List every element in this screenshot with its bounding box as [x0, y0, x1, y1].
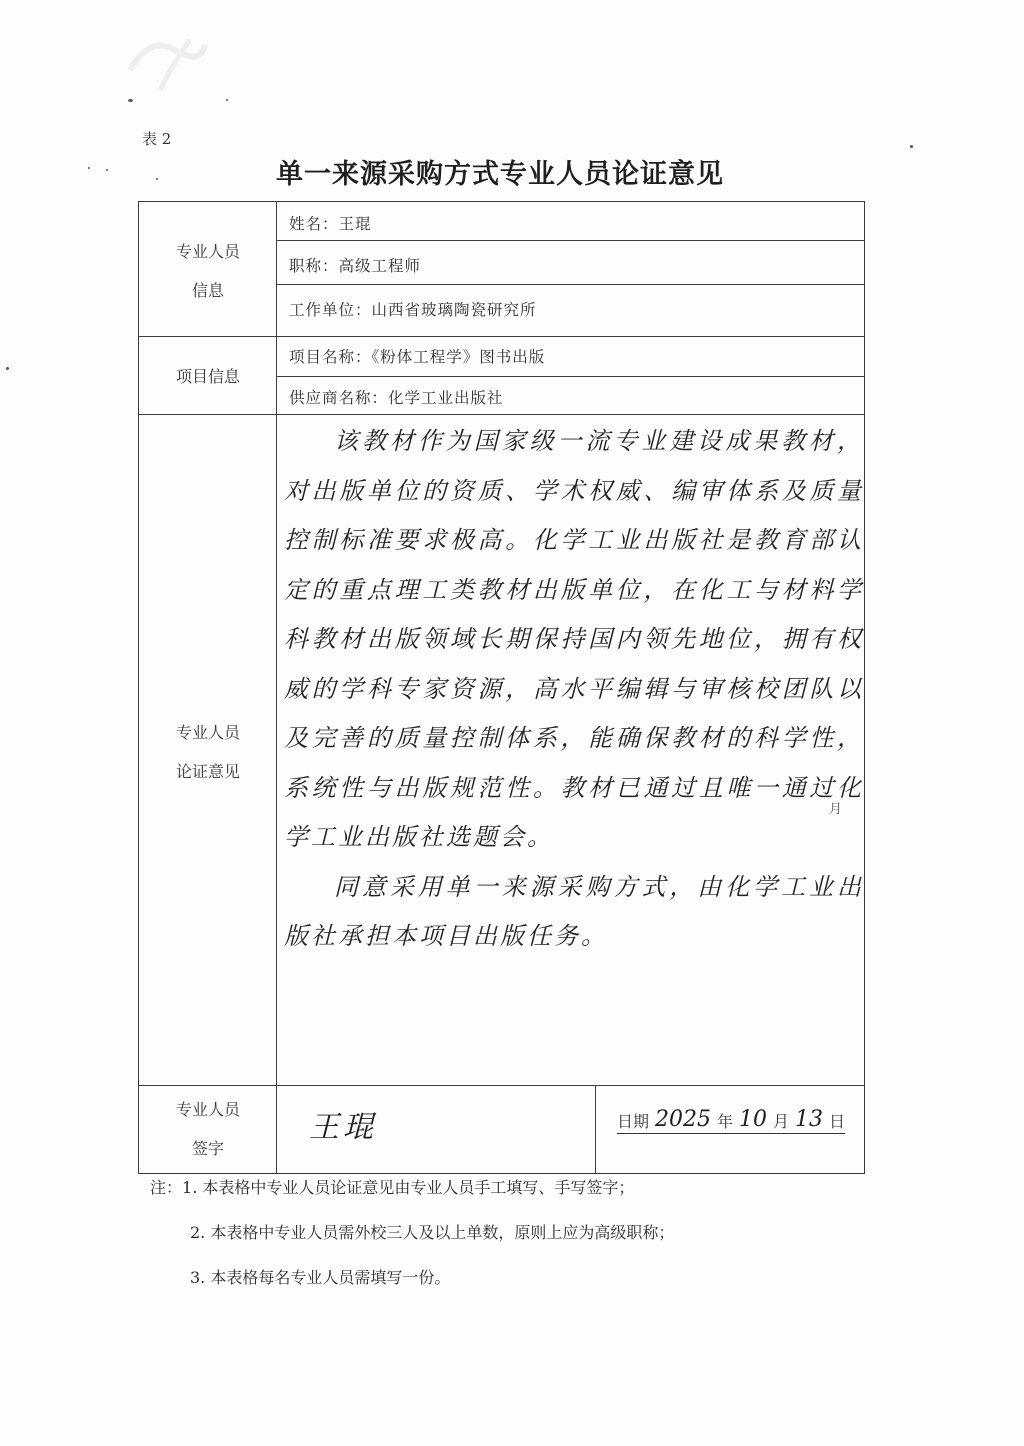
note-item-3: 3. 本表格每名专业人员需填写一份。	[150, 1268, 674, 1313]
note-item-1: 注：1. 本表格中专业人员论证意见由专业人员手工填写、手写签字；	[150, 1178, 674, 1223]
expert-title-field: 职称：高级工程师	[289, 254, 421, 276]
expert-title-value: 高级工程师	[339, 257, 422, 275]
project-name-value: 《粉体工程学》图书出版	[372, 348, 546, 366]
table-number-label: 表 2	[142, 128, 171, 149]
stray-mark: 月	[829, 798, 842, 817]
row-divider	[276, 284, 864, 285]
section-divider	[139, 414, 864, 415]
date-day: 13	[789, 1107, 829, 1132]
form-notes: 注：1. 本表格中专业人员论证意见由专业人员手工填写、手写签字； 2. 本表格中…	[150, 1178, 674, 1313]
date-year: 2025	[649, 1107, 717, 1132]
document-title: 单一来源采购方式专业人员论证意见	[0, 152, 1000, 191]
scan-speck	[128, 99, 133, 102]
faint-stamp-residue	[120, 30, 210, 100]
expert-employer-value: 山西省玻璃陶瓷研究所	[372, 301, 537, 319]
justification-form-table: 专业人员 信息 姓名：王琨 职称：高级工程师 工作单位：山西省玻璃陶瓷研究所 项…	[138, 201, 865, 1174]
project-info-label: 项目信息	[139, 357, 277, 396]
row-divider	[276, 240, 864, 241]
scan-speck	[226, 99, 228, 101]
signature-date: 日期 2025 年 10 月 13 日	[617, 1107, 845, 1134]
handwritten-opinion: 该教材作为国家级一流专业建设成果教材，对出版单位的资质、学术权威、编审体系及质量…	[284, 417, 864, 962]
notes-prefix: 注：	[150, 1178, 182, 1197]
expert-employer-label: 工作单位：	[289, 301, 372, 319]
date-month: 10	[733, 1107, 773, 1132]
expert-name-value: 王琨	[339, 215, 372, 233]
note-item-2: 2. 本表格中专业人员需外校三人及以上单数，原则上应为高级职称；	[150, 1223, 674, 1268]
signature-label: 专业人员 签字	[139, 1090, 277, 1168]
date-day-unit: 日	[829, 1109, 845, 1132]
date-year-unit: 年	[717, 1109, 733, 1132]
date-label: 日期	[617, 1109, 649, 1132]
column-divider	[276, 202, 277, 1173]
scan-speck	[910, 145, 913, 148]
expert-info-label: 专业人员 信息	[139, 232, 277, 310]
date-cell-divider	[595, 1085, 596, 1173]
supplier-field: 供应商名称：化学工业出版社	[289, 386, 504, 408]
expert-title-label: 职称：	[289, 257, 339, 275]
expert-name-label: 姓名：	[289, 215, 339, 233]
project-name-field: 项目名称：《粉体工程学》图书出版	[289, 345, 545, 367]
date-month-unit: 月	[773, 1109, 789, 1132]
section-divider	[139, 336, 864, 337]
row-divider	[276, 376, 864, 377]
expert-name-field: 姓名：王琨	[289, 212, 372, 234]
supplier-label: 供应商名称：	[289, 389, 388, 407]
supplier-value: 化学工业出版社	[388, 389, 504, 407]
expert-employer-field: 工作单位：山西省玻璃陶瓷研究所	[289, 298, 537, 320]
opinion-label: 专业人员 论证意见	[139, 713, 277, 791]
handwritten-signature: 王琨	[309, 1102, 377, 1146]
scan-speck	[6, 367, 9, 370]
opinion-paragraph-1: 该教材作为国家级一流专业建设成果教材，对出版单位的资质、学术权威、编审体系及质量…	[284, 417, 864, 863]
opinion-paragraph-2: 同意采用单一来源采购方式，由化学工业出版社承担本项目出版任务。	[284, 863, 864, 962]
section-divider	[139, 1085, 864, 1086]
project-name-label: 项目名称：	[289, 348, 372, 366]
